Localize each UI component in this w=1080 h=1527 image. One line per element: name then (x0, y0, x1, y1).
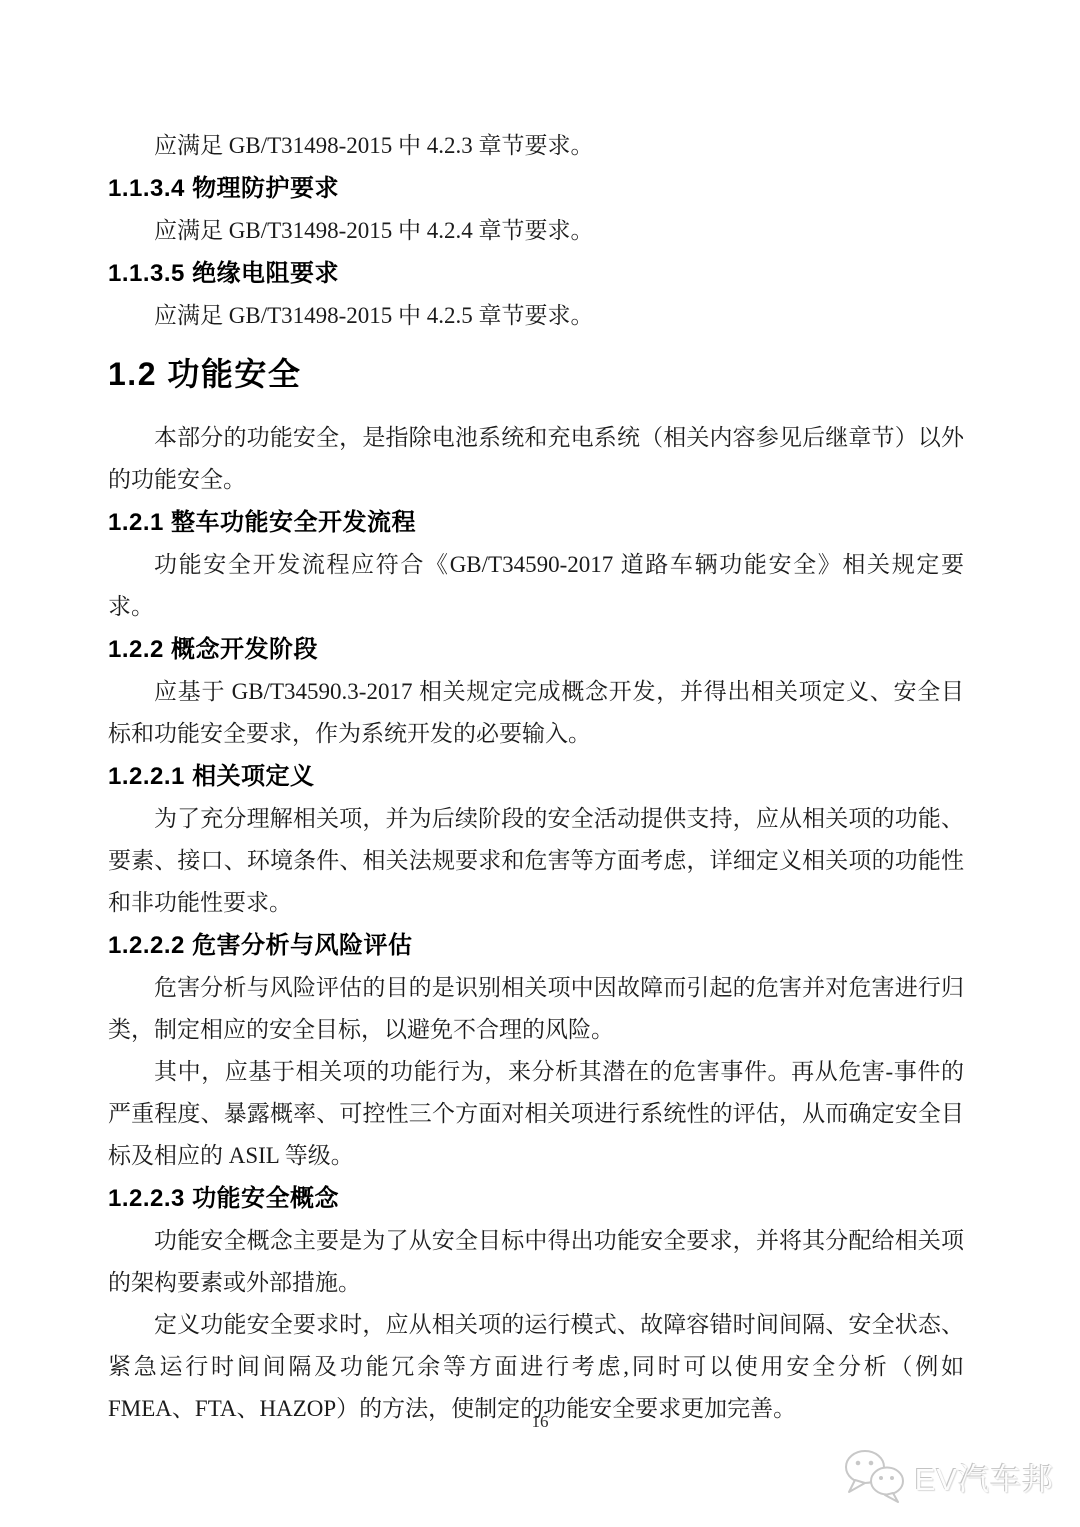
wechat-icon (843, 1448, 907, 1504)
heading-1-2-1: 1.2.1 整车功能安全开发流程 (108, 510, 964, 536)
paragraph-fsc-purpose: 功能安全概念主要是为了从安全目标中得出功能安全要求，并将其分配给相关项的架构要素… (108, 1220, 964, 1304)
document-page: 应满足 GB/T31498-2015 中 4.2.3 章节要求。 1.1.3.4… (0, 0, 1080, 1527)
document-content: 应满足 GB/T31498-2015 中 4.2.3 章节要求。 1.1.3.4… (108, 125, 964, 1430)
heading-1-1-3-5: 1.1.3.5 绝缘电阻要求 (108, 261, 964, 287)
paragraph-req-4-2-3: 应满足 GB/T31498-2015 中 4.2.3 章节要求。 (108, 125, 964, 167)
paragraph-dev-process: 功能安全开发流程应符合《GB/T34590-2017 道路车辆功能安全》相关规定… (108, 544, 964, 628)
paragraph-req-4-2-5: 应满足 GB/T31498-2015 中 4.2.5 章节要求。 (108, 295, 964, 337)
page-number: 16 (0, 1412, 1080, 1432)
paragraph-functional-safety-scope: 本部分的功能安全，是指除电池系统和充电系统（相关内容参见后继章节）以外的功能安全… (108, 417, 964, 501)
heading-1-1-3-4: 1.1.3.4 物理防护要求 (108, 176, 964, 202)
heading-1-2-2-3: 1.2.2.3 功能安全概念 (108, 1186, 964, 1212)
paragraph-item-definition: 为了充分理解相关项，并为后续阶段的安全活动提供支持，应从相关项的功能、要素、接口… (108, 798, 964, 924)
heading-1-2-2-2: 1.2.2.2 危害分析与风险评估 (108, 933, 964, 959)
heading-1-2-functional-safety: 1.2 功能安全 (108, 351, 964, 397)
heading-1-2-2: 1.2.2 概念开发阶段 (108, 637, 964, 663)
heading-1-2-2-1: 1.2.2.1 相关项定义 (108, 764, 964, 790)
paragraph-hara-purpose: 危害分析与风险评估的目的是识别相关项中因故障而引起的危害并对危害进行归类，制定相… (108, 967, 964, 1051)
brand-name: EV汽车邦 (915, 1454, 1054, 1499)
paragraph-hara-method: 其中，应基于相关项的功能行为，来分析其潜在的危害事件。再从危害-事件的严重程度、… (108, 1051, 964, 1177)
paragraph-req-4-2-4: 应满足 GB/T31498-2015 中 4.2.4 章节要求。 (108, 210, 964, 252)
paragraph-concept-phase: 应基于 GB/T34590.3-2017 相关规定完成概念开发，并得出相关项定义… (108, 671, 964, 755)
brand-watermark: EV汽车邦 (843, 1448, 1054, 1504)
